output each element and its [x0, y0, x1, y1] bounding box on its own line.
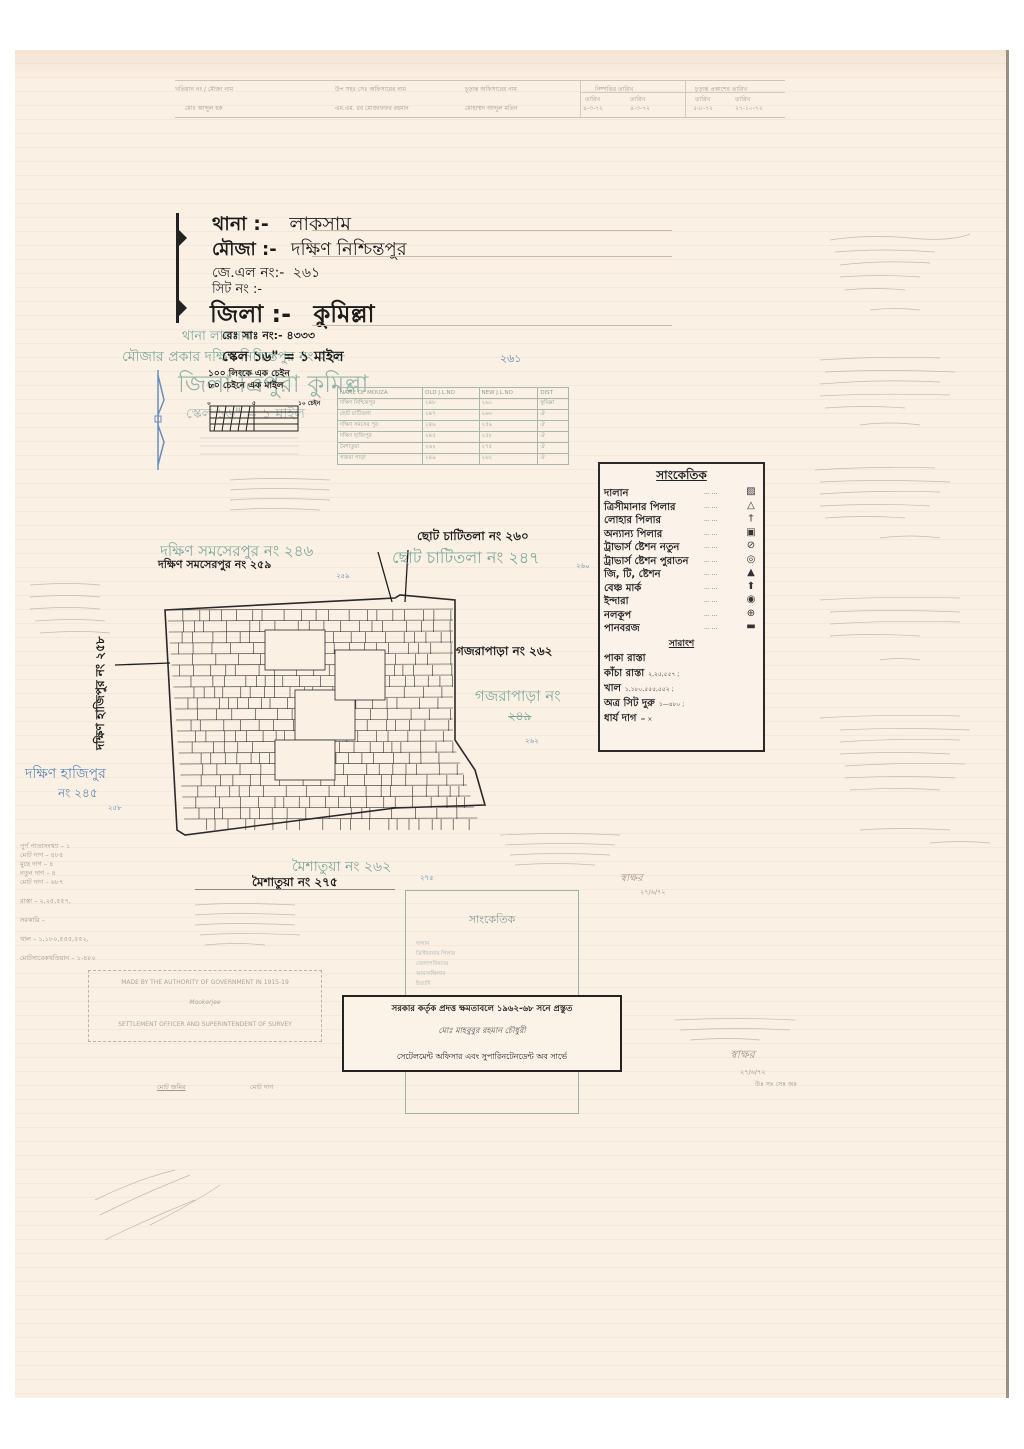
handwritten-annotations: [0, 0, 1024, 1449]
